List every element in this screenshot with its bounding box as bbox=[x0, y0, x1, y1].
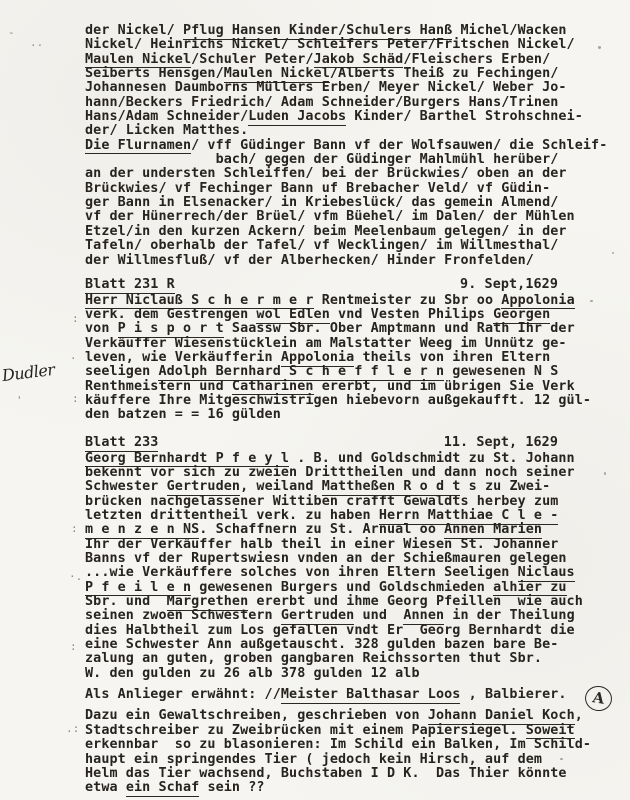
text-line: Verkäuffer Wiesenstücklein am Malstatter… bbox=[85, 337, 610, 351]
text-line: dies Halbtheil zum Los gefallen vndt Er … bbox=[85, 624, 610, 638]
section-header: Blatt 23311. Sept, 1629 bbox=[85, 436, 610, 452]
text-line: ...wie Verkäuffere solches von ihren Elt… bbox=[85, 566, 610, 580]
text-line: P f e i l e n gewesenen Burgers und Gold… bbox=[85, 581, 610, 595]
text-line: Schwester Gertruden, weiland Mattheßen R… bbox=[85, 480, 610, 494]
text-line: an der understen Schleiffen/ bei der Brü… bbox=[85, 167, 610, 181]
text-line: Die Flurnamen/ vff Güdinger Bann vf der … bbox=[85, 139, 610, 153]
date-label: 9. Sept,1629 bbox=[460, 278, 610, 294]
heirs-list: der Nickel/ Pflug Hansen Kinder/Schulers… bbox=[85, 24, 610, 139]
section-header: Blatt 231 R9. Sept,1629 bbox=[85, 278, 610, 294]
scan-artifact: .: bbox=[66, 722, 79, 736]
text-line: Johannesen Daumborns Müllers Erben/ Meye… bbox=[85, 81, 610, 95]
scan-artifact bbox=[590, 300, 593, 302]
text-line: erkennbar so zu blasonieren: Im Schild e… bbox=[85, 738, 610, 752]
blatt-label: Blatt 233 bbox=[85, 436, 158, 452]
document-body: der Nickel/ Pflug Hansen Kinder/Schulers… bbox=[85, 24, 610, 796]
text-line: Herr Niclauß S c h e r m e r Rentmeister… bbox=[85, 294, 610, 308]
text-line: hann/Beckers Friedrich/ Adam Schneider/B… bbox=[85, 96, 610, 110]
text-line: von P i s p o r t Saassw Sbr. Ober Amptm… bbox=[85, 322, 610, 336]
text-line: zalung an guten, groben gangbaren Reichs… bbox=[85, 652, 610, 666]
scan-artifact: ' bbox=[16, 394, 23, 408]
text-line: Dazu ein Gewaltschreiben, geschrieben vo… bbox=[85, 709, 610, 723]
text-line: Maulen Nickel/Schuler Peter/Jakob Schäd/… bbox=[85, 53, 610, 67]
scan-artifact: - bbox=[8, 26, 15, 40]
text-line: etwa ein Schaf sein ?? bbox=[85, 781, 610, 795]
underlined-text: Luden Jacobs bbox=[248, 109, 346, 126]
scan-artifact: · bbox=[70, 352, 77, 366]
text-line: käuffere Ihre Mitgeschwistrigen hiebevor… bbox=[85, 394, 610, 408]
text-line: Georg Bernhardt P f e y l . B. und Golds… bbox=[85, 452, 610, 466]
scan-artifact bbox=[612, 252, 614, 254]
text-line: Stadtschreiber zu Zweibrücken mit einem … bbox=[85, 724, 610, 738]
scanned-document-page: der Nickel/ Pflug Hansen Kinder/Schulers… bbox=[0, 0, 630, 800]
text-line: Renthmeistern und Catharinen ererbt, und… bbox=[85, 380, 610, 394]
text-line: Ihr der Verkäuffer halb theil in einer W… bbox=[85, 538, 610, 552]
scan-artifact: .. bbox=[30, 36, 43, 50]
text-line: seinen zwoen Schwestern Gertruden und An… bbox=[85, 609, 610, 623]
blatt-231-entry: Blatt 231 R9. Sept,1629Herr Niclauß S c … bbox=[85, 278, 610, 423]
text-line: der Willmesfluß/ vf der Alberhecken/ Hin… bbox=[85, 254, 610, 268]
text-line: vf der Hünerrech/der Brüel/ vfm Büehel/ … bbox=[85, 210, 610, 224]
text-line: Als Anlieger erwähnt: //Meister Balthasa… bbox=[85, 688, 610, 702]
text-line: Nickel/ Heinrichs Nickel/ Schleifers Pet… bbox=[85, 38, 610, 52]
blatt-233-entry: Blatt 23311. Sept, 1629Georg Bernhardt P… bbox=[85, 436, 610, 681]
text-line: Etzel/in den kurzen Ackern/ beim Meelenb… bbox=[85, 225, 610, 239]
text-line: m e n z e n NS. Schaffnern zu St. Arnual… bbox=[85, 523, 610, 537]
scan-artifact: : bbox=[72, 392, 79, 406]
text-line: den batzen = = 16 gülden bbox=[85, 408, 610, 422]
text-line: brücken nachgelassener Wittiben crafft G… bbox=[85, 495, 610, 509]
handwritten-margin-note: Dudler bbox=[1, 363, 55, 384]
text-line: seeligen Adolph Bernhard S c h e f f l e… bbox=[85, 365, 610, 379]
scan-artifact: ·. bbox=[69, 570, 82, 584]
scan-artifact bbox=[560, 758, 563, 760]
flurnamen-list: Die Flurnamen/ vff Güdinger Bann vf der … bbox=[85, 139, 610, 268]
scan-artifact bbox=[604, 472, 606, 475]
date-label: 11. Sept, 1629 bbox=[444, 436, 610, 452]
scan-artifact: : bbox=[71, 522, 78, 536]
text-line: Brückwies/ vf Fechinger Bann uf Brebache… bbox=[85, 182, 610, 196]
text-line: Tafeln/ oberhalb der Tafel/ vf Wecklinge… bbox=[85, 239, 610, 253]
text-line: der/ Licken Matthes. bbox=[85, 124, 610, 138]
gewaltschreiben-note: Dazu ein Gewaltschreiben, geschrieben vo… bbox=[85, 709, 610, 795]
underlined-text: ein Schaf bbox=[126, 780, 199, 797]
text-line: haupt ein springendes Tier ( jedoch kein… bbox=[85, 753, 610, 767]
underlined-text: Meister Balthasar Loos bbox=[281, 687, 461, 704]
blatt-label: Blatt 231 R bbox=[85, 278, 175, 294]
scan-artifact: : bbox=[72, 312, 79, 326]
scan-artifact bbox=[598, 46, 601, 49]
anlieger-note: Als Anlieger erwähnt: //Meister Balthasa… bbox=[85, 688, 610, 702]
text-line: W. den gulden zu 26 alb 378 gulden 12 al… bbox=[85, 667, 610, 681]
scan-artifact: : bbox=[70, 640, 77, 654]
